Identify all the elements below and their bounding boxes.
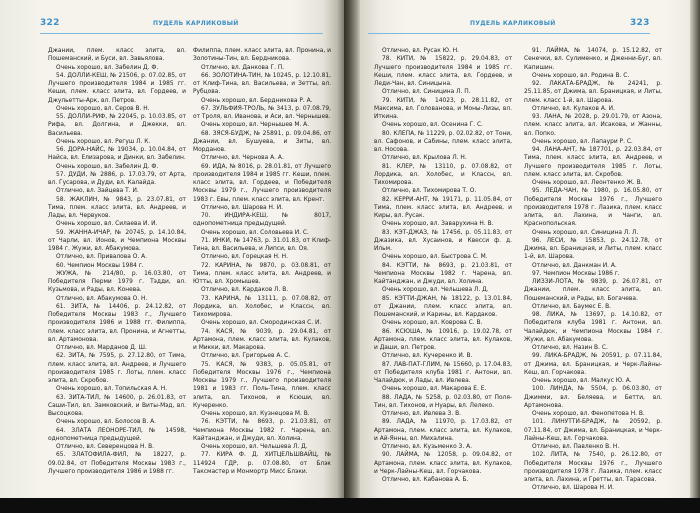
entry-paragraph: Очень хорошо, вл. Фенопетова Н. В. xyxy=(524,410,662,418)
entry-paragraph: 61. ЗИТА, № 14406, р. 24.12.82, от Побед… xyxy=(48,303,186,344)
entry-paragraph: Очень хорошо, вл. Макарова Е. Е. xyxy=(374,385,512,393)
entry-paragraph: 84. КЭТТИ, № 8693, р. 21.03.81, от Чемпи… xyxy=(374,262,512,287)
entry-paragraph: 58. ЖАКЛИН, № 9843, р. 23.07.81, от Тима… xyxy=(48,196,186,221)
entry-paragraph: 81. КЛЕР, № 13110, р. 07.08.82, от Лорди… xyxy=(374,163,512,188)
right-page-header: ПУДЕЛЬ КАРЛИКОВЫЙ 323 xyxy=(360,19,680,31)
entry-paragraph: 62. ЗИТА, № 7595, р. 27.12.80, от Тима, … xyxy=(48,352,186,385)
book-spread: 322 ПУДЕЛЬ КАРЛИКОВЫЙ Джании, плем. клас… xyxy=(0,0,700,498)
entry-paragraph: Отлично, вл. Марданов Д. Ш. xyxy=(48,344,186,352)
entry-paragraph: Очень хорошо, вл. Серов В. Н. xyxy=(48,105,186,113)
entry-paragraph: 69. ИДА, № 8016, р. 28.01.81, от Лучшего… xyxy=(193,163,331,204)
entry-paragraph: 96. ЛЕСИ, № 15853, р. 24.12.78, от Джима… xyxy=(524,237,662,262)
entry-paragraph: 99. ЛИКА-БРАДЖ, № 20591, р. 07.11.84, от… xyxy=(524,352,662,377)
entry-paragraph: 102. ЛИТА, № 7540, р. 26.12.80, от Побед… xyxy=(524,451,662,484)
entry-paragraph: Филиппа, плем. класс элита, вл. Пронина,… xyxy=(193,47,331,64)
entry-paragraph: 74. КАСЯ, № 9039, р. 29.04.81, от Артамо… xyxy=(193,328,331,353)
entry-paragraph: Очень хорошо, вл. Соловьева И. С. xyxy=(193,229,331,237)
entry-paragraph: 59. ЖАННА-ИЧАР, № 20745, р. 14.10.84, от… xyxy=(48,229,186,254)
entry-paragraph: 86. КСЮША, № 10916, р. 19.02.78, от Арта… xyxy=(374,328,512,353)
left-header-rule xyxy=(40,33,323,34)
entry-paragraph: 71. ИНКИ, № 14763, р. 31.01.83, от Клиф-… xyxy=(193,237,331,254)
left-column-1: Джании, плем. класс элита, вл. Пошеманск… xyxy=(48,47,186,476)
entry-paragraph: Отлично, вл. Абакумова О. Н. xyxy=(48,295,186,303)
entry-paragraph: 60. Чемпион Москвы 1984 г. xyxy=(48,262,186,270)
left-page-header: 322 ПУДЕЛЬ КАРЛИКОВЫЙ xyxy=(40,19,335,31)
entry-paragraph: Отлично, вл. Тихомирова Т. О. xyxy=(374,187,512,195)
right-column-1: Отлично, вл. Русак Ю. Н.78. КИТИ, № 1582… xyxy=(374,47,512,484)
scan-bottom-border xyxy=(0,498,700,513)
entry-paragraph: Очень хорошо, вл. Коврова С. В. xyxy=(374,319,512,327)
entry-paragraph: 64. ЗЛАТА ЛЕОНОРЕ-ТИЛ, № 14598, однопоме… xyxy=(48,427,186,444)
entry-paragraph: Отлично, вл. Павленко В. Н. xyxy=(524,443,662,451)
page-edge-shadow xyxy=(690,0,700,498)
entry-paragraph: 72. КАРИНА, № 9870, р. 03.08.81, от Тима… xyxy=(193,262,331,287)
entry-paragraph: Отлично, вл. Кузьменко З. А. xyxy=(374,443,512,451)
right-header-rule xyxy=(368,33,650,34)
entry-paragraph: Отлично, вл. Шарова Н. И. xyxy=(193,204,331,212)
entry-paragraph: 79. КИТИ, № 14023, р. 28.11.82, от Макси… xyxy=(374,97,512,122)
entry-paragraph: 75. КАСЯ, № 9383, р. 05.05.81, от Победи… xyxy=(193,361,331,411)
entry-paragraph: 70. ИНДИРА-КЕШ, № 8017, однопометница пр… xyxy=(193,212,331,229)
entry-paragraph: 55. ДОЛЛИ-РИФ, № 22045, р. 10.03.85, от … xyxy=(48,113,186,138)
right-running-head: ПУДЕЛЬ КАРЛИКОВЫЙ xyxy=(470,20,556,27)
entry-paragraph: 65. ЗЛАТОФИЛА-ФИЛ, № 18227, р. 09.02.84,… xyxy=(48,451,186,476)
entry-paragraph: Отлично, вл. Горецкая Н. Н. xyxy=(193,253,331,261)
entry-paragraph: 93. ЛАНА, № 2028, р. 29.01.79, от Азона,… xyxy=(524,113,662,138)
entry-paragraph: 94. ЛАНА-АНТ, № 187701, р. 22.03.84, от … xyxy=(524,146,662,179)
entry-paragraph: Очень хорошо, вл. Чернышев М. А. xyxy=(193,121,331,129)
entry-paragraph: 100. ЛИНДА, № 5504, р. 06.03.80, от Джим… xyxy=(524,385,662,410)
entry-paragraph: Отлично, вл. Кулаков А. И. xyxy=(524,105,662,113)
entry-paragraph: Очень хорошо, вл. Чельшева Л. Д. xyxy=(374,286,512,294)
entry-paragraph: 90. ЛАЙМА, № 12058, р. 09.04.82, от Арта… xyxy=(374,451,512,476)
entry-paragraph: Очень хорошо, вл. Забелин Д. Ф. xyxy=(48,163,186,171)
entry-paragraph: Отлично, вл. Привалова О. А. xyxy=(48,253,186,261)
entry-paragraph: 82. КЕРРИ-АНТ, № 19171, р. 11.05.84, от … xyxy=(374,196,512,221)
left-page-number: 322 xyxy=(40,18,60,28)
entry-paragraph: Очень хорошо, вл. Заварухина Н. В. xyxy=(374,220,512,228)
entry-paragraph: Отлично, вл. Зайцева Т. И. xyxy=(48,187,186,195)
book-gutter xyxy=(344,0,360,498)
entry-paragraph: 95. ЛЕДА-ЧАН, № 1980, р. 16.05.80, от По… xyxy=(524,187,662,228)
entry-paragraph: 66. ЗОЛОТИНА-ТИН, № 10245, р. 12.10.81, … xyxy=(193,72,331,97)
entry-paragraph: 77. КИРА Ф. Д. ХИТЦЕЛЬШВАЙЦ, № 114924 ГД… xyxy=(193,451,331,476)
entry-paragraph: 80. КЛЕПА, № 11229, р. 02.02.82, от Тони… xyxy=(374,130,512,155)
entry-paragraph: ЛИЗЗИ-ЛОТА, № 9839, р. 26.07.81, от Джан… xyxy=(524,278,662,303)
entry-paragraph: 56. ДОРА-НАЙС, № 19034, р. 10.04.84, от … xyxy=(48,146,186,163)
entry-paragraph: Отлично, вл. Северенцова Н. В. xyxy=(48,443,186,451)
entry-paragraph: Очень хорошо, вл. Болосов В. А. xyxy=(48,418,186,426)
left-column-2: Филиппа, плем. класс элита, вл. Пронина,… xyxy=(193,47,331,476)
entry-paragraph: Отлично, вл. Назин В. С. xyxy=(524,344,662,352)
entry-paragraph: Очень хорошо, вл. Топильская А. Н. xyxy=(48,385,186,393)
entry-paragraph: Очень хорошо, вл. Чельшева Л. Д. xyxy=(193,443,331,451)
left-running-head: ПУДЕЛЬ КАРЛИКОВЫЙ xyxy=(153,20,239,27)
left-page: 322 ПУДЕЛЬ КАРЛИКОВЫЙ Джании, плем. клас… xyxy=(0,0,344,498)
entry-paragraph: 63. ЗИТА-ТИЛ, № 14600, р. 26.01.83, от С… xyxy=(48,394,186,419)
entry-paragraph: Очень хорошо, вл. Силаева И. И. xyxy=(48,220,186,228)
entry-paragraph: Очень хорошо, вл. Быстрова С. М. xyxy=(374,253,512,261)
entry-paragraph: Очень хорошо, вл. Бердникова Р. А. xyxy=(193,97,331,105)
entry-paragraph: Отлично, вл. Григорьев А. С. xyxy=(193,352,331,360)
entry-paragraph: Отлично, вл. Кардаков Л. В. xyxy=(193,286,331,294)
entry-paragraph: Очень хорошо, вл. Лапаури Р. С. xyxy=(524,138,662,146)
entry-paragraph: 67. ЗУЛЬФИЯ-ТРОЛЬ, № 3413, р. 07.08.79, … xyxy=(193,105,331,122)
entry-paragraph: 91. ЛАЙМА, № 14074, р. 15.12.82, от Сене… xyxy=(524,47,662,72)
entry-paragraph: 88. ЛАДА, № 5258, р. 02.03.80, от Поля-Т… xyxy=(374,394,512,411)
entry-paragraph: Очень хорошо, вл. Смородинская С. И. xyxy=(193,319,331,327)
entry-paragraph: 78. КИТИ, № 15822, р. 29.04.83, от Лучше… xyxy=(374,55,512,88)
entry-paragraph: 83. КЭТ-ДЖАЗ, № 17456, р. 05.11.83, от Д… xyxy=(374,229,512,254)
entry-paragraph: Джании, плем. класс элита, вл. Пошеманск… xyxy=(48,47,186,64)
entry-paragraph: Очень хорошо, вл. Регуш Л. К. xyxy=(48,138,186,146)
entry-paragraph: 101. ЛИНУТТИ-БРАДЖ, № 20592, р. 07.11.84… xyxy=(524,418,662,443)
entry-paragraph: 57. ДУДИ, № 2886, р. 17.03.79, от Арта, … xyxy=(48,171,186,188)
entry-paragraph: Отлично, вл. Кабанова А. Б. xyxy=(374,476,512,484)
entry-paragraph: Очень хорошо, вл. Малкус Ю. А. xyxy=(524,377,662,385)
entry-paragraph: Отлично, вл. Шарова Н. И. xyxy=(524,484,662,492)
entry-paragraph: ЖУЖА, № 214/80, р. 16.03.80, от Победите… xyxy=(48,270,186,295)
entry-paragraph: Отлично, вл. Ивлева З. В. xyxy=(374,410,512,418)
entry-paragraph: Отлично, вл. Данкова Г. П. xyxy=(193,64,331,72)
entry-paragraph: 85. КЭТТИ-ДЖАН, № 18122, р. 13.01.84, от… xyxy=(374,295,512,320)
entry-paragraph: 73. КАРИНА, № 13111, р. 07.08.82, от Лор… xyxy=(193,295,331,320)
entry-paragraph: Отлично, вл. Данкман И. А. xyxy=(524,262,662,270)
entry-paragraph: Отлично, вл. Чернова А. А. xyxy=(193,154,331,162)
entry-paragraph: 76. КЭТТИ, № 8693, р. 21.03.81, от Чемпи… xyxy=(193,418,331,443)
right-column-2: 91. ЛАЙМА, № 14074, р. 15.12.82, от Сене… xyxy=(524,47,662,493)
entry-paragraph: Очень хорошо, вл. Леонтенко Ж. В. xyxy=(524,179,662,187)
entry-paragraph: 97. Чемпион Москвы 1986 г. xyxy=(524,270,662,278)
entry-paragraph: Очень хорошо, вл. Осенина Г. С. xyxy=(374,121,512,129)
entry-paragraph: 89. ЛАДА, № 11970, р. 17.03.82, от Артам… xyxy=(374,418,512,443)
right-page: ПУДЕЛЬ КАРЛИКОВЫЙ 323 Отлично, вл. Русак… xyxy=(360,0,700,498)
entry-paragraph: 54. ДОЛЛИ-КЕШ, № 21506, р. 07.02.85, от … xyxy=(48,72,186,105)
entry-paragraph: Очень хорошо, вл. Родина В. С. xyxy=(524,72,662,80)
entry-paragraph: Отлично, вл. Крылова Л. Н. xyxy=(374,154,512,162)
entry-paragraph: 68. ЗЯСЯ-БУДЖ, № 25891, р. 09.04.86, от … xyxy=(193,130,331,155)
entry-paragraph: Очень хорошо, вл. Синицина Л. Л. xyxy=(524,229,662,237)
entry-paragraph: Отлично, вл. Кучеренко И. В. xyxy=(374,352,512,360)
entry-paragraph: 92. ЛАКАТА-БРАДЖ, № 24241, р. 25.11.85, … xyxy=(524,80,662,105)
entry-paragraph: Отлично, вл. Русак Ю. Н. xyxy=(374,47,512,55)
entry-paragraph: Очень хорошо, вл. Забелин Д. Ф. xyxy=(48,64,186,72)
entry-paragraph: Отлично, вл. Баумес Е. В. xyxy=(524,303,662,311)
right-page-number: 323 xyxy=(630,18,650,28)
entry-paragraph: Отлично, вл. Синицина Л. П. xyxy=(374,88,512,96)
entry-paragraph: Очень хорошо, вл. Кузнецова М. В. xyxy=(193,410,331,418)
entry-paragraph: 87. ЛАВ-ПАТ-ГЛИМ, № 15660, р. 17.04.83, … xyxy=(374,361,512,386)
entry-paragraph: 98. ЛИКА, № 13697, р. 14.10.82, от Побед… xyxy=(524,311,662,344)
